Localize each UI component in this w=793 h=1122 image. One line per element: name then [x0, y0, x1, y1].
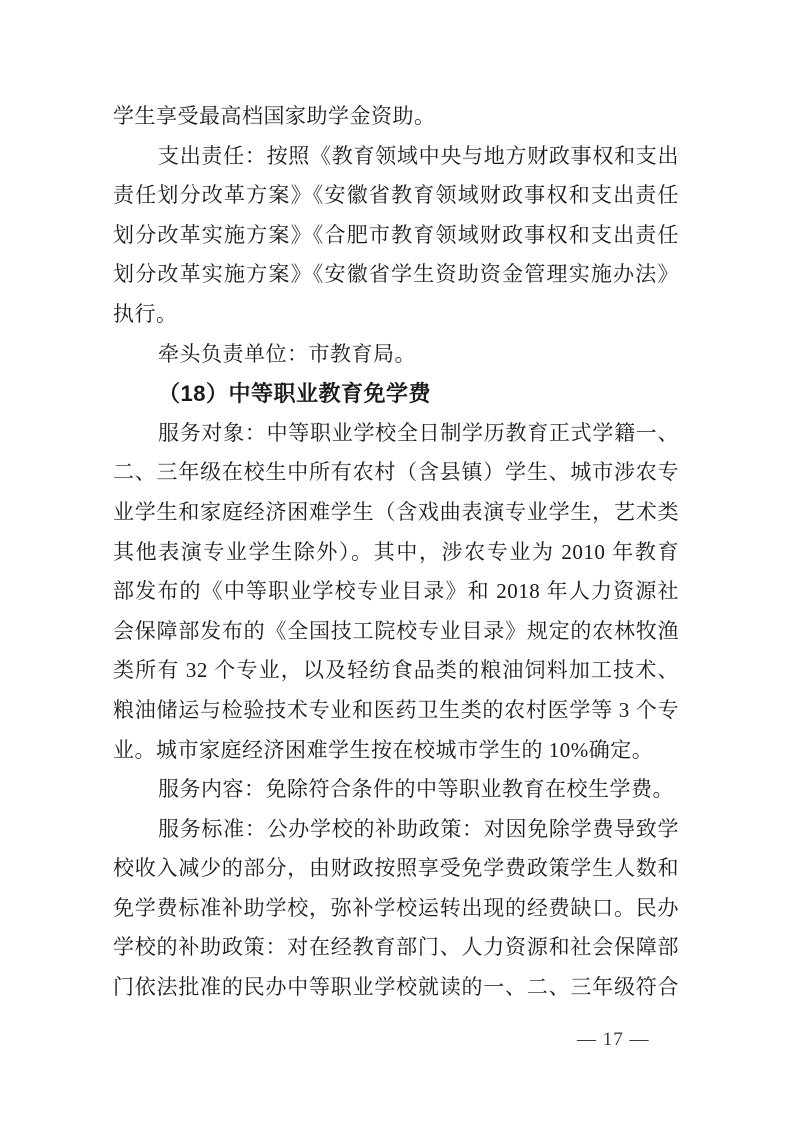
- text-line: 服务对象：中等职业学校全日制学历教育正式学籍一、: [113, 414, 679, 454]
- text-line: 其他表演专业学生除外）。其中，涉农专业为 2010 年教育: [113, 533, 679, 573]
- text-line: 业学生和家庭经济困难学生（含戏曲表演专业学生，艺术类: [113, 493, 679, 533]
- text-line: 门依法批准的民办中等职业学校就读的一、二、三年级符合: [113, 968, 679, 1008]
- page-number: — 17 —: [577, 1029, 650, 1051]
- text-line: 划分改革实施方案》《安徽省学生资助资金管理实施办法》: [113, 255, 679, 295]
- text-line: 服务内容：免除符合条件的中等职业教育在校生学费。: [113, 770, 679, 810]
- text-line: 牵头负责单位：市教育局。: [113, 335, 679, 375]
- text-line: 免学费标准补助学校，弥补学校运转出现的经费缺口。民办: [113, 889, 679, 929]
- text-line: 学生享受最高档国家助学金资助。: [113, 97, 679, 137]
- text-line: 学校的补助政策：对在经教育部门、人力资源和社会保障部: [113, 928, 679, 968]
- text-line: 粮油储运与检验技术专业和医药卫生类的农村医学等 3 个专: [113, 691, 679, 731]
- text-line: 校收入减少的部分，由财政按照享受免学费政策学生人数和: [113, 849, 679, 889]
- text-line: 服务标准：公办学校的补助政策：对因免除学费导致学: [113, 810, 679, 850]
- text-line: 执行。: [113, 295, 679, 335]
- text-line: 责任划分改革方案》《安徽省教育领域财政事权和支出责任: [113, 176, 679, 216]
- text-line: 类所有 32 个专业，以及轻纺食品类的粮油饲料加工技术、: [113, 651, 679, 691]
- text-line: 二、三年级在校生中所有农村（含县镇）学生、城市涉农专: [113, 453, 679, 493]
- document-body: 学生享受最高档国家助学金资助。 支出责任：按照《教育领域中央与地方财政事权和支出…: [113, 97, 679, 1008]
- text-line: 划分改革实施方案》《合肥市教育领域财政事权和支出责任: [113, 216, 679, 256]
- text-line: 业。城市家庭经济困难学生按在校城市学生的 10%确定。: [113, 731, 679, 771]
- text-line: 会保障部发布的《全国技工院校专业目录》规定的农林牧渔: [113, 612, 679, 652]
- text-line: 部发布的《中等职业学校专业目录》和 2018 年人力资源社: [113, 572, 679, 612]
- document-page: 学生享受最高档国家助学金资助。 支出责任：按照《教育领域中央与地方财政事权和支出…: [0, 0, 793, 1122]
- text-line: 支出责任：按照《教育领域中央与地方财政事权和支出: [113, 137, 679, 177]
- section-heading: （18）中等职业教育免学费: [113, 374, 679, 414]
